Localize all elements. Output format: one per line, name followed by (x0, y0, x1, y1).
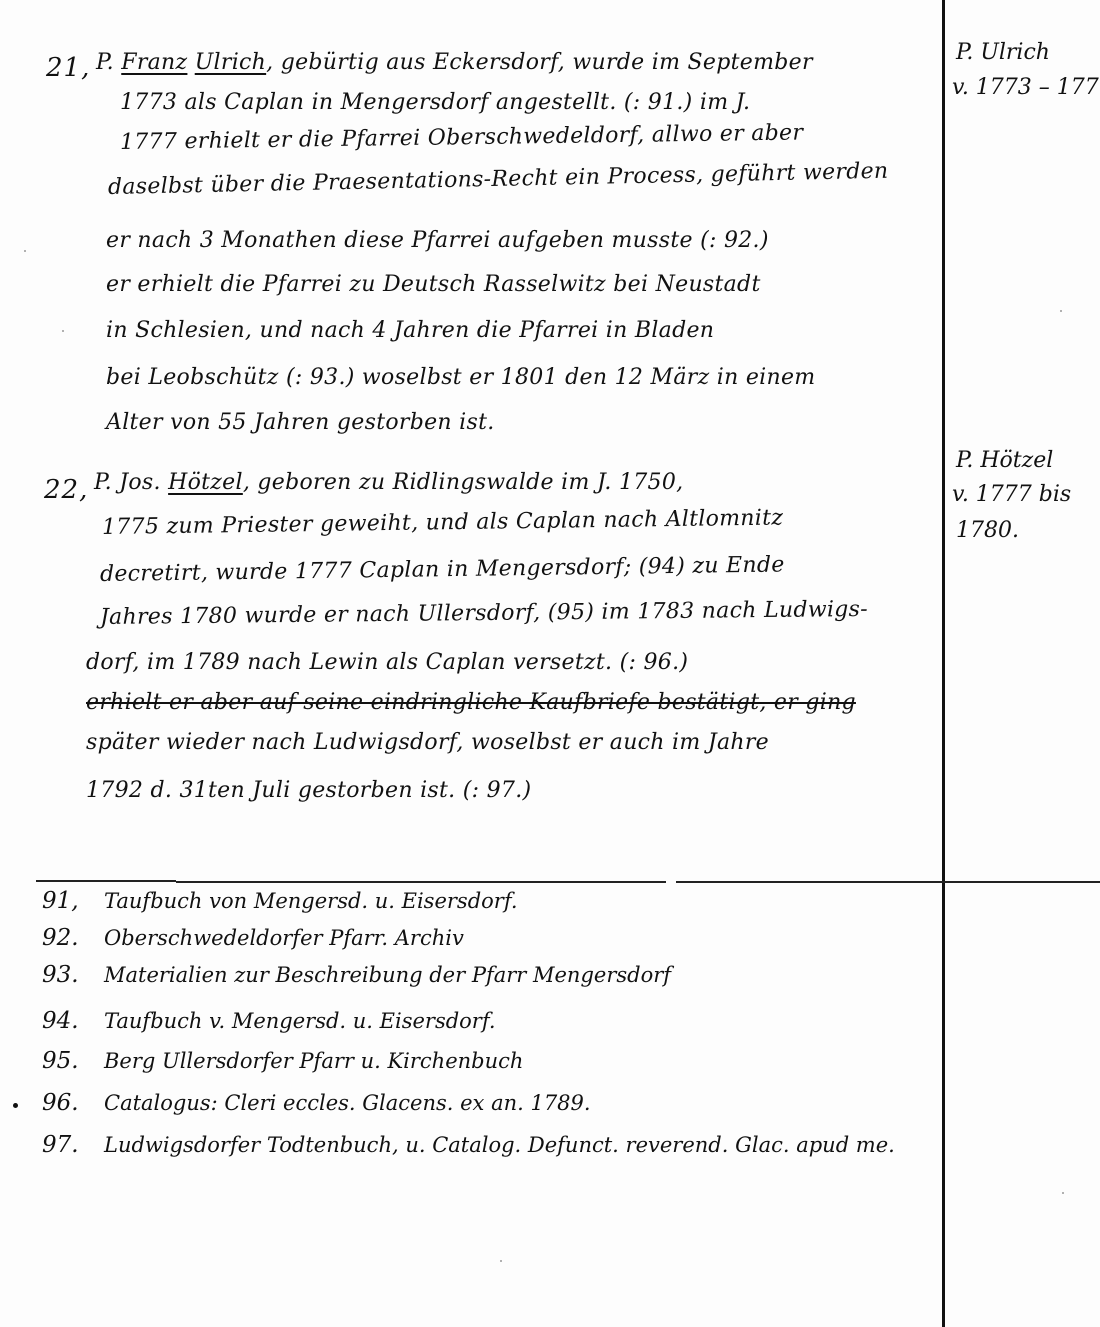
paper-speck (24, 250, 26, 252)
footnote-separator-rule (676, 881, 1100, 883)
entry-line: 1777 erhielt er die Pfarrei Oberschwedel… (120, 120, 804, 155)
entry-text: , gebürtig aus Eckersdorf, wurde im Sept… (266, 50, 813, 75)
struck-out-line: erhielt er aber auf seine eindringliche … (86, 690, 856, 715)
entry-line: decretirt, wurde 1777 Caplan in Mengersd… (100, 552, 785, 587)
footnote-separator-rule (36, 880, 176, 882)
footnote: 94.Taufbuch v. Mengersd. u. Eisersdorf. (42, 1008, 496, 1034)
footnote-number: 97. (42, 1132, 104, 1158)
margin-note-dates: v. 1773 – 1777 (952, 75, 1100, 100)
name-prefix: P. (94, 470, 112, 495)
footnote-number: 91, (42, 888, 104, 914)
footnote: 97.Ludwigsdorfer Todtenbuch, u. Catalog.… (42, 1132, 895, 1158)
footnote-separator-rule (176, 881, 666, 883)
footnote-number: 92. (42, 925, 104, 951)
footnote: 91,Taufbuch von Mengersd. u. Eisersdorf. (42, 888, 518, 914)
footnote-text: Berg Ullersdorfer Pfarr u. Kirchenbuch (104, 1049, 523, 1073)
footnote-text: Materialien zur Beschreibung der Pfarr M… (104, 963, 671, 987)
margin-note-dates: 1780. (956, 518, 1019, 543)
paper-speck (500, 1260, 502, 1262)
footnote-number: 94. (42, 1008, 104, 1034)
margin-note-name: P. Hötzel (956, 448, 1053, 473)
entry-first-line: P. Franz Ulrich, gebürtig aus Eckersdorf… (96, 50, 813, 75)
surname: Hötzel (168, 470, 243, 495)
paper-speck (62, 330, 64, 332)
name-prefix: P. (96, 50, 114, 75)
entry-line: dorf, im 1789 nach Lewin als Caplan vers… (86, 650, 688, 675)
paper-speck (1060, 310, 1062, 312)
entry-line: Jahres 1780 wurde er nach Ullersdorf, (9… (100, 597, 868, 630)
margin-column-rule (942, 0, 945, 1327)
footnote-text: Ludwigsdorfer Todtenbuch, u. Catalog. De… (104, 1133, 895, 1157)
footnote: 95.Berg Ullersdorfer Pfarr u. Kirchenbuc… (42, 1048, 523, 1074)
paper-speck (1062, 1192, 1064, 1194)
entry-line: bei Leobschütz (: 93.) woselbst er 1801 … (106, 365, 815, 390)
entry-line: 1775 zum Priester geweiht, und als Capla… (102, 505, 784, 540)
footnote-text: Catalogus: Cleri eccles. Glacens. ex an.… (104, 1091, 591, 1115)
footnote-number: 95. (42, 1048, 104, 1074)
footnote: 93.Materialien zur Beschreibung der Pfar… (42, 962, 671, 988)
entry-line: später wieder nach Ludwigsdorf, woselbst… (86, 730, 769, 755)
entry-line: in Schlesien, und nach 4 Jahren die Pfar… (106, 318, 714, 343)
entry-line: 1773 als Caplan in Mengersdorf angestell… (120, 90, 750, 115)
margin-note-name: P. Ulrich (956, 40, 1050, 65)
manuscript-page: 21, P. Franz Ulrich, gebürtig aus Eckers… (0, 0, 1100, 1327)
footnote-text: Oberschwedeldorfer Pfarr. Archiv (104, 926, 464, 950)
margin-note-dates: v. 1777 bis (952, 482, 1071, 507)
footnote: 92.Oberschwedeldorfer Pfarr. Archiv (42, 925, 464, 951)
first-name: Jos. (119, 470, 161, 495)
entry-line: Alter von 55 Jahren gestorben ist. (106, 410, 495, 435)
footnote-text: Taufbuch v. Mengersd. u. Eisersdorf. (104, 1009, 496, 1033)
first-name: Franz (121, 50, 187, 75)
margin-dot (13, 1103, 18, 1108)
entry-text: , geboren zu Ridlingswalde im J. 1750, (243, 470, 684, 495)
footnote-number: 96. (42, 1090, 104, 1116)
entry-line: 1792 d. 31ten Juli gestorben ist. (: 97.… (86, 778, 531, 803)
entry-number: 21, (46, 53, 90, 83)
entry-number: 22, (44, 475, 88, 505)
entry-line: daselbst über die Praesentations-Recht e… (108, 159, 889, 200)
surname: Ulrich (195, 50, 266, 75)
entry-line: er nach 3 Monathen diese Pfarrei aufgebe… (106, 228, 769, 253)
footnote-number: 93. (42, 962, 104, 988)
entry-line: er erhielt die Pfarrei zu Deutsch Rassel… (106, 272, 761, 297)
entry-first-line: P. Jos. Hötzel, geboren zu Ridlingswalde… (94, 470, 683, 495)
footnote-text: Taufbuch von Mengersd. u. Eisersdorf. (104, 889, 518, 913)
footnote: 96.Catalogus: Cleri eccles. Glacens. ex … (42, 1090, 591, 1116)
